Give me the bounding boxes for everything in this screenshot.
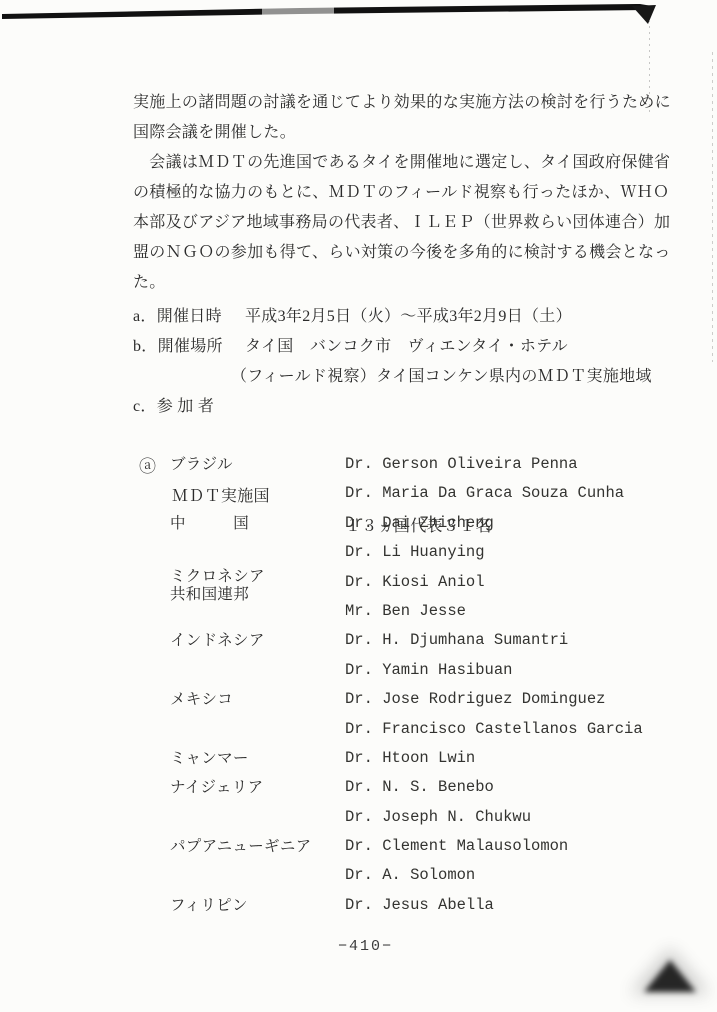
participant-country: 中 国: [170, 509, 249, 538]
participant-group-header: ⓐ ＭＤＴ実施国 １３ヵ国代表３１名: [133, 422, 150, 452]
scan-corner-bottom-right-artifact: [644, 960, 696, 992]
participant-row: Dr. Yamin Hasibuan: [133, 656, 673, 685]
participant-name: Dr. Jesus Abella: [345, 891, 494, 920]
participant-country: パプアニューギニア: [170, 832, 311, 861]
page-number: −410−: [338, 938, 393, 955]
participant-country: ナイジェリア: [170, 773, 263, 802]
participant-row: 中 国Dr. Dai Zhicheng: [133, 509, 673, 538]
participant-name: Dr. Clement Malausolomon: [345, 832, 568, 861]
scan-right-edge-line-artifact: [712, 52, 713, 362]
participant-name: Dr. Joseph N. Chukwu: [345, 803, 531, 832]
participant-row: メキシコDr. Jose Rodriguez Dominguez: [133, 685, 673, 714]
participant-name: Mr. Ben Jesse: [345, 597, 466, 626]
body-paragraph: 実施上の諸問題の討議を通じてより効果的な実施方法の検討を行うために国際会議を開催…: [133, 88, 643, 298]
paragraph-line: 本部及びアジア地域事務局の代表者、ＩＬＥＰ（世界救らい団体連合）加: [133, 208, 643, 238]
meta-value: 平成3年2月5日（火）～平成3年2月9日（土）: [245, 302, 572, 332]
meeting-meta-list: a．開催日時平成3年2月5日（火）～平成3年2月9日（土）b．開催場所タイ国 バ…: [133, 302, 673, 392]
participant-name: Dr. Yamin Hasibuan: [345, 656, 512, 685]
participant-row: ミクロネシア 共和国連邦Dr. Kiosi Aniol: [133, 568, 673, 597]
participant-name: Dr. A. Solomon: [345, 861, 475, 890]
paragraph-line: の積極的な協力のもとに、ＭＤＴのフィールド視察も行ったほか、ＷＨＯ: [133, 178, 643, 208]
participant-row: Dr. Maria Da Graca Souza Cunha: [133, 479, 673, 508]
participant-name: Dr. Htoon Lwin: [345, 744, 475, 773]
participant-row: Mr. Ben Jesse: [133, 597, 673, 626]
participant-country: ブラジル: [170, 450, 233, 479]
participant-country: インドネシア: [170, 626, 265, 655]
paragraph-line: 実施上の諸問題の討議を通じてより効果的な実施方法の検討を行うために: [133, 88, 643, 118]
meta-row: （フィールド視察）タイ国コンケン県内のＭＤＴ実施地域: [133, 362, 673, 392]
meta-value: タイ国 バンコク市 ヴィエンタイ・ホテル: [245, 332, 568, 362]
participant-row: ミャンマーDr. Htoon Lwin: [133, 744, 673, 773]
meta-label: b．開催場所: [133, 332, 223, 362]
participant-list: ブラジルDr. Gerson Oliveira PennaDr. Maria D…: [133, 450, 673, 920]
participant-row: Dr. A. Solomon: [133, 861, 673, 890]
participant-name: Dr. Dai Zhicheng: [345, 509, 494, 538]
participant-row: Dr. Joseph N. Chukwu: [133, 803, 673, 832]
participant-name: Dr. Gerson Oliveira Penna: [345, 450, 578, 479]
scan-edge-top-artifact: [0, 0, 717, 60]
participant-name: Dr. Kiosi Aniol: [345, 568, 485, 597]
participant-name: Dr. Maria Da Graca Souza Cunha: [345, 479, 624, 508]
participant-row: パプアニューギニアDr. Clement Malausolomon: [133, 832, 673, 861]
meta-value: （フィールド視察）タイ国コンケン県内のＭＤＴ実施地域: [231, 362, 652, 392]
meta-label: a．開催日時: [133, 302, 222, 332]
participant-row: インドネシアDr. H. Djumhana Sumantri: [133, 626, 673, 655]
participant-name: Dr. H. Djumhana Sumantri: [345, 626, 568, 655]
participant-country: フィリピン: [170, 891, 248, 920]
meta-row: b．開催場所タイ国 バンコク市 ヴィエンタイ・ホテル: [133, 332, 673, 362]
meta-row: a．開催日時平成3年2月5日（火）～平成3年2月9日（土）: [133, 302, 673, 332]
participant-row: Dr. Francisco Castellanos Garcia: [133, 715, 673, 744]
participant-name: Dr. N. S. Benebo: [345, 773, 494, 802]
paragraph-line: 国際会議を開催した。: [133, 118, 643, 148]
participant-country: メキシコ: [170, 685, 233, 714]
participant-name: Dr. Jose Rodriguez Dominguez: [345, 685, 605, 714]
paragraph-line: 盟のＮＧＯの参加も得て、らい対策の今後を多角的に検討する機会となっ: [133, 238, 643, 268]
scanned-document-page: 実施上の諸問題の討議を通じてより効果的な実施方法の検討を行うために国際会議を開催…: [0, 0, 717, 1012]
paragraph-line: た。: [133, 268, 643, 298]
participant-name: Dr. Francisco Castellanos Garcia: [345, 715, 643, 744]
participant-row: Dr. Li Huanying: [133, 538, 673, 567]
participant-row: ブラジルDr. Gerson Oliveira Penna: [133, 450, 673, 479]
participant-name: Dr. Li Huanying: [345, 538, 485, 567]
participant-row: フィリピンDr. Jesus Abella: [133, 891, 673, 920]
participant-row: ナイジェリアDr. N. S. Benebo: [133, 773, 673, 802]
paragraph-line: 会議はＭＤＴの先進国であるタイを開催地に選定し、タイ国政府保健省: [133, 148, 643, 178]
section-c-heading: c．参 加 者: [133, 392, 214, 422]
participant-country: ミャンマー: [170, 744, 249, 773]
